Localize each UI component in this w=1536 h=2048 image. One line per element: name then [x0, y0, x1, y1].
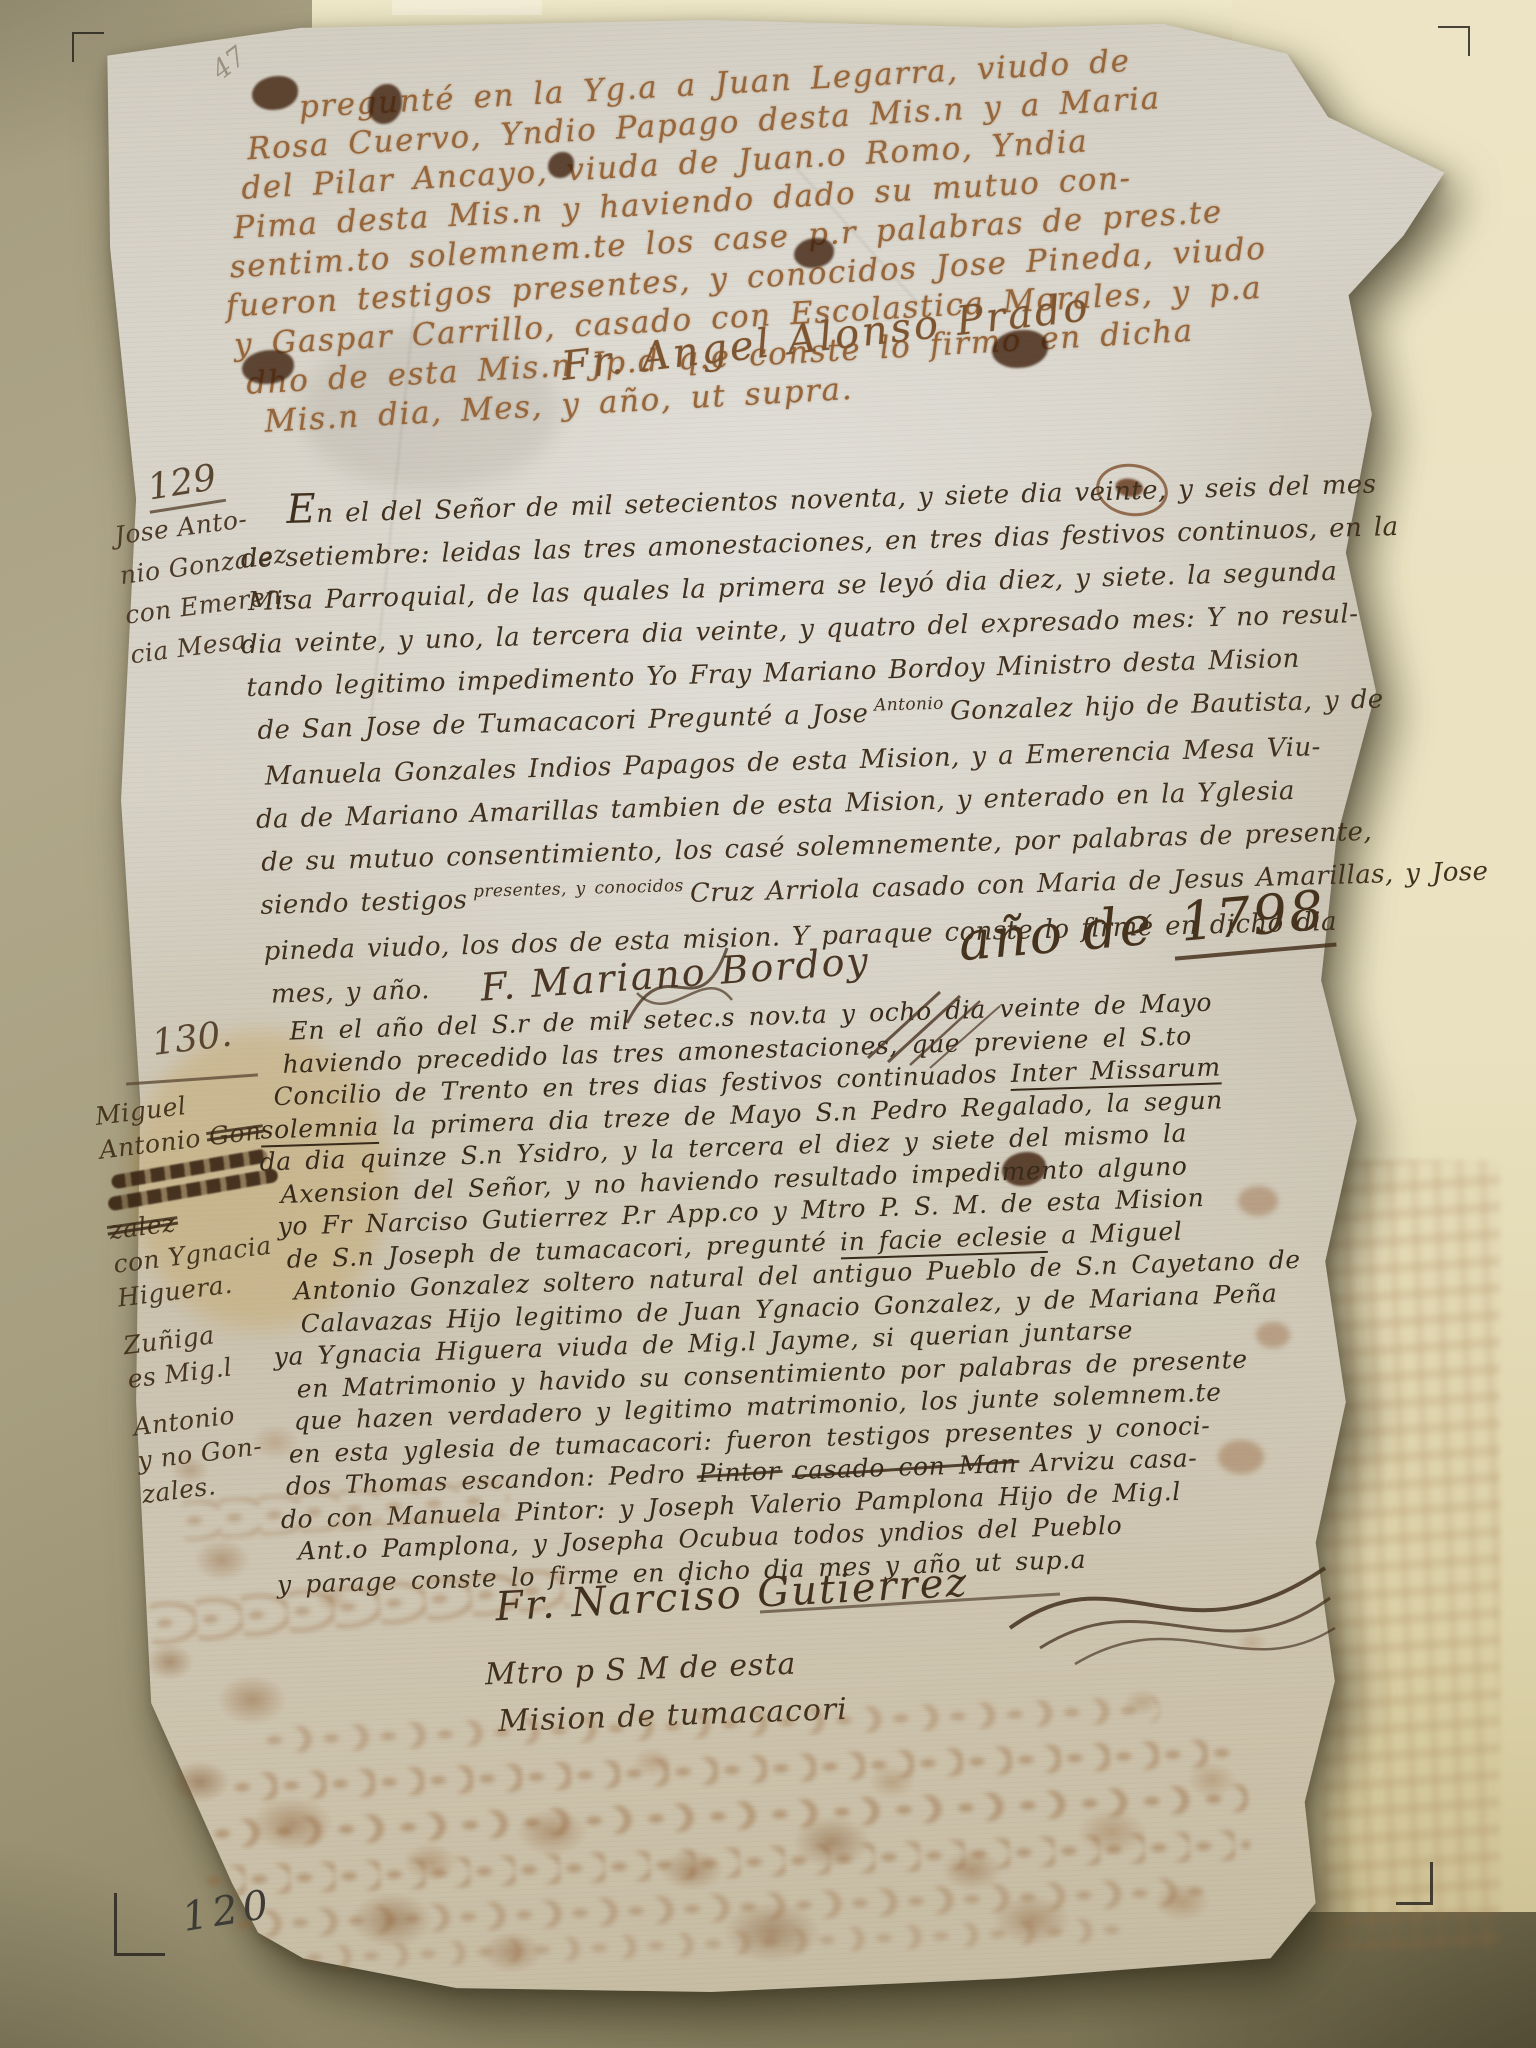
bleed-spot — [1238, 1186, 1278, 1216]
bleed-spot — [1256, 1322, 1290, 1348]
bleed-spot — [1218, 1440, 1264, 1474]
struck-text: zalez — [108, 1208, 178, 1245]
interlinear-insert: Antonio — [874, 694, 944, 716]
underlined-latin: solemnia — [260, 1111, 379, 1147]
correction-scribble — [858, 986, 1038, 1071]
photograph-of-manuscript: pregunté en la Yg.a a Juan Legarra, viud… — [0, 0, 1536, 2048]
struck-text: Gon — [207, 1116, 263, 1151]
interlinear-insert: presentes, y conocidos — [473, 876, 684, 902]
year-number: 1798 — [1170, 878, 1337, 961]
faded-entry-block: pregunté en la Yg.a a Juan Legarra, viud… — [206, 35, 1274, 444]
